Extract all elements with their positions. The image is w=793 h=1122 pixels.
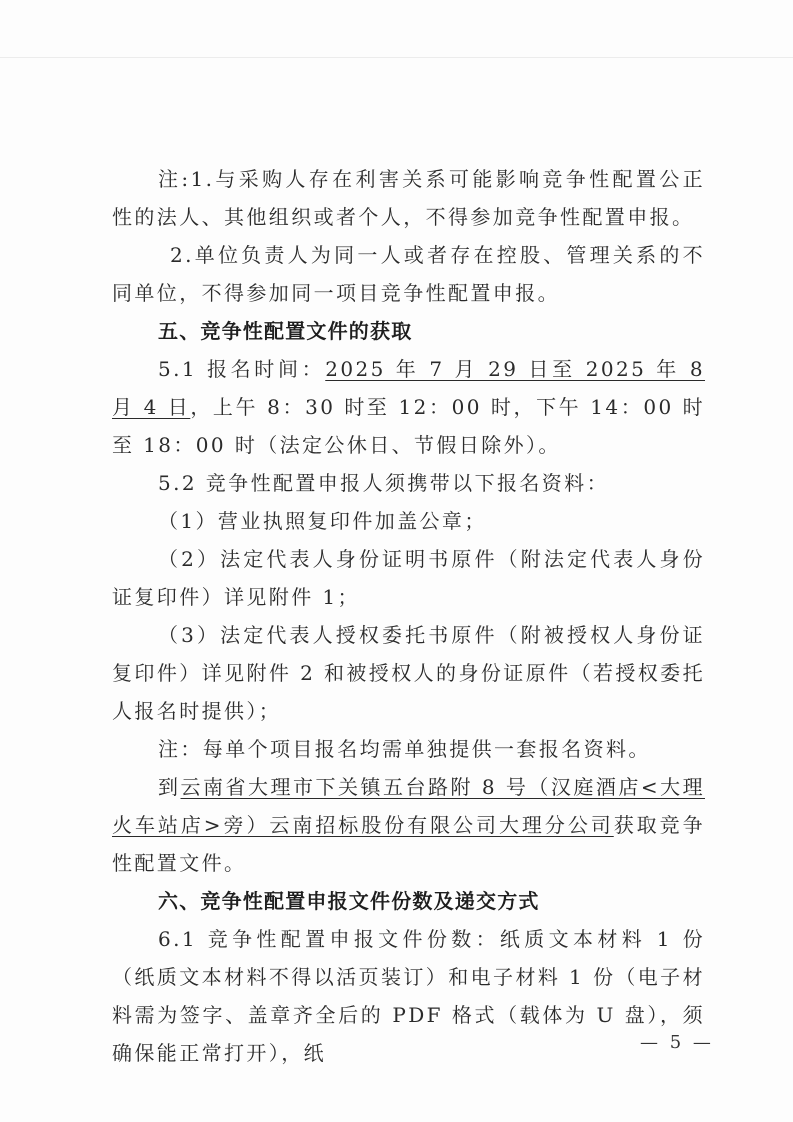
materials-note: 注：每单个项目报名均需单独提供一套报名资料。 [112, 730, 705, 768]
note-1: 注:1.与采购人存在利害关系可能影响竞争性配置公正性的法人、其他组织或者个人，不… [112, 160, 705, 236]
item-6-1: 6.1 竞争性配置申报文件份数：纸质文本材料 1 份（纸质文本材料不得以活页装订… [112, 920, 705, 1072]
material-item-3: （3）法定代表人授权委托书原件（附被授权人身份证复印件）详见附件 2 和被授权人… [112, 616, 705, 730]
material-item-2: （2）法定代表人身份证明书原件（附法定代表人身份证复印件）详见附件 1； [112, 540, 705, 616]
pickup-location: 到云南省大理市下关镇五台路附 8 号（汉庭酒店<大理火车站店>旁）云南招标股份有… [112, 768, 705, 882]
scan-top-edge-rule [0, 57, 793, 58]
item-5-1-prefix: 5.1 报名时间： [158, 357, 325, 381]
item-5-2-intro: 5.2 竞争性配置申报人须携带以下报名资料： [112, 464, 705, 502]
material-item-1: （1）营业执照复印件加盖公章； [112, 502, 705, 540]
item-5-1: 5.1 报名时间：2025 年 7 月 29 日至 2025 年 8 月 4 日… [112, 350, 705, 464]
section-6-heading: 六、竞争性配置申报文件份数及递交方式 [112, 882, 705, 920]
pickup-location-prefix: 到 [158, 775, 181, 799]
section-5-heading: 五、竞争性配置文件的获取 [112, 312, 705, 350]
item-5-1-suffix: ，上午 8：30 时至 12：00 时，下午 14：00 时至 18：00 时（… [112, 395, 705, 457]
note-2: 2.单位负责人为同一人或者存在控股、管理关系的不同单位，不得参加同一项目竞争性配… [112, 236, 705, 312]
document-body: 注:1.与采购人存在利害关系可能影响竞争性配置公正性的法人、其他组织或者个人，不… [112, 160, 705, 1072]
page-number: — 5 — [640, 1032, 714, 1053]
